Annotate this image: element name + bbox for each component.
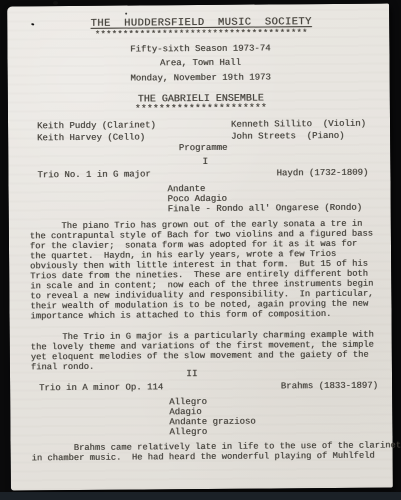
work2-title: Trio in A minor Op. 114 bbox=[39, 382, 163, 393]
concert-date: Monday, November 19th 1973 bbox=[8, 72, 390, 85]
society-underline-stars: ************************************** bbox=[7, 28, 389, 41]
work1-movement: Andante bbox=[168, 184, 206, 194]
work1-composer: Haydn (1732-1809) bbox=[277, 168, 369, 179]
work2-movement: Adagio bbox=[169, 407, 201, 417]
performer-violin: Kenneth Sillito (Violin) bbox=[231, 119, 366, 130]
performer-piano: John Streets (Piano) bbox=[231, 131, 344, 142]
work2-numeral: II bbox=[10, 367, 392, 380]
work1-programme-note-2: The Trio in G major is a particularly ch… bbox=[31, 330, 374, 373]
work2-programme-note: Brahms came relatively late in life to t… bbox=[32, 440, 401, 463]
scanned-programme-photo: { "document": { "society": { "title": "T… bbox=[0, 0, 401, 500]
season-line: Fifty-sixth Season 1973-74 bbox=[7, 43, 389, 56]
work2-movement: Allegro bbox=[169, 427, 207, 437]
work1-movement: Finale - Rondo all' Ongarese (Rondo) bbox=[168, 203, 363, 215]
programme-heading: Programme bbox=[8, 142, 390, 155]
work1-title: Trio No. 1 in G major bbox=[37, 169, 150, 180]
paper: THE HUDDERSFIELD MUSIC SOCIETY *********… bbox=[7, 4, 393, 491]
venue-line: Area, Town Hall bbox=[8, 57, 390, 70]
work2-movement: Allegro bbox=[169, 397, 207, 407]
work1-programme-note: The piano Trio has grown out of the earl… bbox=[30, 219, 374, 322]
scan-speck bbox=[53, 1, 58, 5]
ensemble-underline-stars: ********************** bbox=[8, 104, 390, 117]
work2-movement: Andante grazioso bbox=[169, 417, 255, 428]
work1-numeral: I bbox=[8, 156, 390, 169]
work2-composer: Brahms (1833-1897) bbox=[281, 381, 378, 392]
work1-movement: Poco Adagio bbox=[168, 194, 227, 204]
performer-cello: Keith Harvey (Cello) bbox=[37, 132, 145, 143]
performer-clarinet: Keith Puddy (Clarinet) bbox=[37, 120, 156, 131]
scan-speck bbox=[125, 13, 127, 15]
